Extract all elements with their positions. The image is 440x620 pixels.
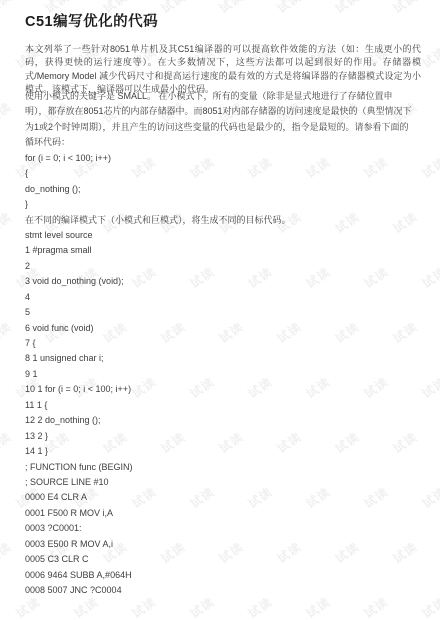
watermark-text: 试读 <box>0 208 15 237</box>
text-line: for (i = 0; i < 100; i++) <box>25 151 434 166</box>
text-line: 5 <box>25 305 434 320</box>
document-page: 试读试读试读试读试读试读试读试读试读试读试读试读试读试读试读试读试读试读试读试读… <box>0 0 440 620</box>
text-line: 使用小模式的关键字是 SMALL。 在小模式下，所有的变量（除非是显式地进行了存… <box>25 89 434 104</box>
text-line: 9 1 <box>25 367 434 382</box>
text-line: 明），都存放在8051芯片的内部存储器中。而8051对内部存储器的访问速度是最快… <box>25 104 434 119</box>
text-line: 4 <box>25 290 434 305</box>
watermark-text: 试读 <box>273 0 304 17</box>
page-title: C51编写优化的代码 <box>25 13 158 32</box>
text-line: 11 1 { <box>25 398 434 413</box>
watermark-text: 试读 <box>0 428 15 457</box>
text-line: 1 #pragma small <box>25 243 434 258</box>
text-line: 循环代码： <box>25 135 434 150</box>
text-line: do_nothing (); <box>25 182 434 197</box>
text-line: 0005 C3 CLR C <box>25 552 434 567</box>
watermark-text: 试读 <box>215 0 246 17</box>
text-line: 13 2 } <box>25 429 434 444</box>
text-line: 12 2 do_nothing (); <box>25 413 434 428</box>
text-line: 0000 E4 CLR A <box>25 490 434 505</box>
text-line: 7 { <box>25 336 434 351</box>
text-line: 6 void func (void) <box>25 321 434 336</box>
content-lines: 使用小模式的关键字是 SMALL。 在小模式下，所有的变量（除非是显式地进行了存… <box>25 89 434 598</box>
watermark-text: 试读 <box>331 0 362 17</box>
text-line: stmt level source <box>25 228 434 243</box>
text-line: 2 <box>25 259 434 274</box>
watermark-text: 试读 <box>389 0 420 17</box>
watermark-text: 试读 <box>157 0 188 17</box>
text-line: ; FUNCTION func (BEGIN) <box>25 460 434 475</box>
watermark-text: 试读 <box>0 538 15 567</box>
text-line: 0006 9464 SUBB A,#064H <box>25 568 434 583</box>
text-line: ; SOURCE LINE #10 <box>25 475 434 490</box>
text-line: 0003 E500 R MOV A,i <box>25 537 434 552</box>
watermark-text: 试读 <box>0 0 15 17</box>
text-line: { <box>25 166 434 181</box>
text-line: 在不同的编译模式下（小模式和巨模式），将生成不同的目标代码。 <box>25 213 434 228</box>
text-line: 为1或2个时钟周期），并且产生的访问这些变量的代码也是最少的，指令是最短的。请参… <box>25 120 434 135</box>
watermark-text: 试读 <box>0 98 15 127</box>
text-line: 0008 5007 JNC ?C0004 <box>25 583 434 598</box>
text-line: 0001 F500 R MOV i,A <box>25 506 434 521</box>
text-line: 14 1 } <box>25 444 434 459</box>
watermark-text: 试读 <box>0 318 15 347</box>
text-line: 10 1 for (i = 0; i < 100; i++) <box>25 382 434 397</box>
text-line: 8 1 unsigned char i; <box>25 351 434 366</box>
text-line: 3 void do_nothing (void); <box>25 274 434 289</box>
text-line: 0003 ?C0001: <box>25 521 434 536</box>
text-line: } <box>25 197 434 212</box>
watermark-text: 试读 <box>418 43 440 72</box>
